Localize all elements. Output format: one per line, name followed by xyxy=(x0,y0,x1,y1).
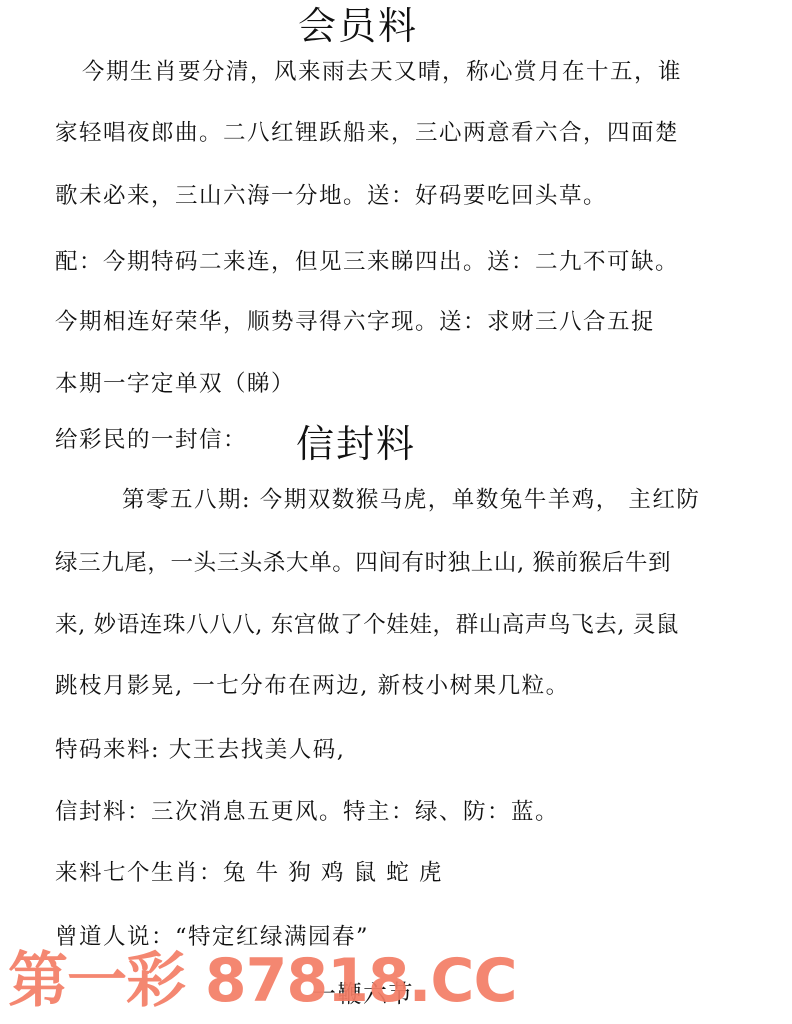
text-line: 绿三九尾，一头三头杀大单。四间有时独上山, 猴前猴后牛到 xyxy=(55,549,671,577)
text-line: 本期一字定单双（睇） xyxy=(55,370,295,398)
text-line: 跳枝月影晃, 一七分布在两边, 新枝小树果几粒。 xyxy=(55,672,570,700)
seven-zodiac-line: 来料七个生肖：兔 牛 狗 鸡 鼠 蛇 虎 xyxy=(55,859,443,887)
text-line: 第零五八期: 今期双数猴马虎，单数兔牛羊鸡， 主红防 xyxy=(122,486,700,514)
section-title-member: 会员料 xyxy=(298,4,418,48)
watermark: 第一彩 87818.CC xyxy=(8,948,517,1014)
section-title-envelope: 信封料 xyxy=(296,422,416,466)
text-line: 今期相连好荣华，顺势寻得六字现。送：求财三八合五捉 xyxy=(55,308,655,336)
text-line: 来, 妙语连珠八八八, 东宫做了个娃娃，群山高声鸟飞去, 灵鼠 xyxy=(55,611,679,639)
text-line: 歌未必来，三山六海一分地。送：好码要吃回头草。 xyxy=(55,182,607,210)
text-line: 今期生肖要分清，风来雨去天又晴，称心赏月在十五，谁 xyxy=(82,58,682,86)
envelope-line: 信封料：三次消息五更风。特主：绿、防：蓝。 xyxy=(55,798,559,826)
letter-label: 给彩民的一封信： xyxy=(55,426,247,454)
text-line: 配：今期特码二来连，但见三来睇四出。送：二九不可缺。 xyxy=(55,248,679,276)
text-line: 家轻唱夜郎曲。二八红锂跃船来，三心两意看六合，四面楚 xyxy=(55,119,679,147)
special-code-line: 特码来料: 大王去找美人码, xyxy=(55,736,345,764)
